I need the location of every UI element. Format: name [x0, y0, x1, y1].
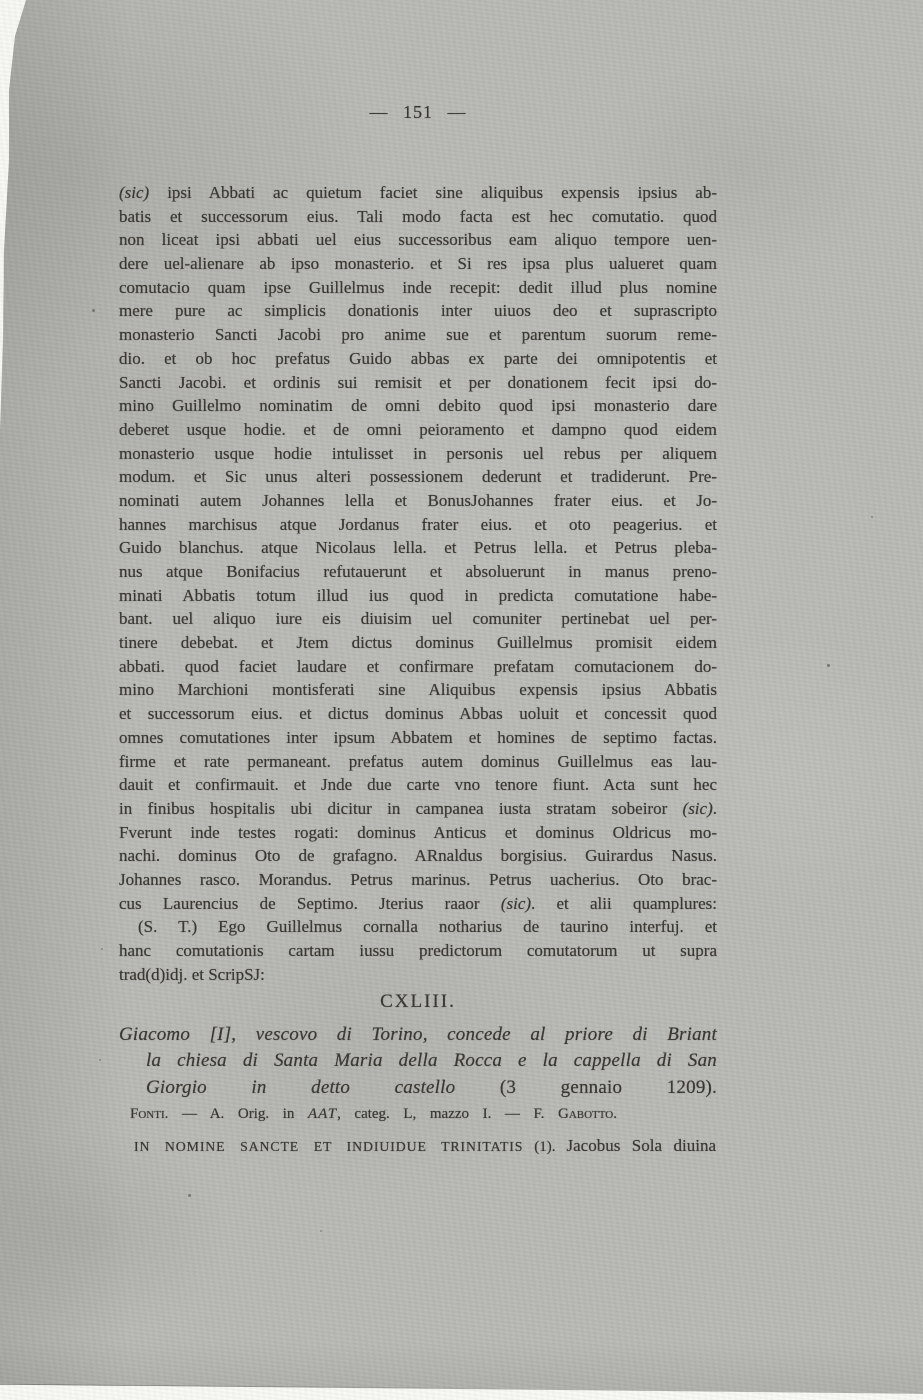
section-heading: CXLIII. [119, 991, 717, 1013]
fonti-period: . [613, 1106, 617, 1122]
body-text-line: nominati autem Johannes lella et BonusJo… [119, 489, 717, 513]
body-text-line: (sic) ipsi Abbati ac quietum faciet sine… [119, 181, 717, 205]
ink-speck [871, 516, 873, 518]
body-text-line: deberet usque hodie. et de omni peiorame… [119, 418, 717, 442]
fonti-text-2: , categ. L, mazzo I. — F. [337, 1106, 558, 1122]
body-text-line: non liceat ipsi abbati uel eius successo… [119, 228, 717, 252]
summary-text-line: Giorgio in detto castello (3 gennaio 120… [119, 1075, 717, 1101]
charter-body-text: (sic) ipsi Abbati ac quietum faciet sine… [119, 181, 717, 986]
page-number: — 151 — [119, 102, 717, 123]
body-text-line: trad(d)idj. et ScripSJ: [119, 963, 717, 987]
body-text-line: firme et rate permaneant. prefatus autem… [119, 750, 717, 774]
body-text-line: cus Laurencius de Septimo. Jterius raaor… [119, 892, 717, 916]
sources-line: Fonti. — A. Orig. in AAT, categ. L, mazz… [130, 1106, 617, 1123]
body-text-line: nus atque Bonifacius refutauerunt et abs… [119, 560, 717, 584]
footnote-reference: (1). [523, 1139, 566, 1155]
editor-name: Gabotto [558, 1106, 613, 1122]
fonti-label: Fonti. [130, 1106, 168, 1122]
body-text-line: nachi. dominus Oto de grafagno. ARnaldus… [119, 844, 717, 868]
ink-speck [101, 948, 103, 950]
body-text-line: Guido blanchus. atque Nicolaus lella. et… [119, 536, 717, 560]
body-text-line: mino Guillelmo nominatim de omni debito … [119, 394, 717, 418]
body-text-line: et successorum eius. et dictus dominus A… [119, 702, 717, 726]
paper: — 151 — (sic) ipsi Abbati ac quietum fac… [0, 0, 923, 1400]
body-text-line: comutacio quam ipse Guillelmus inde rece… [119, 276, 717, 300]
body-text-line: bant. uel aliquo iure eis diuisim uel co… [119, 607, 717, 631]
body-text-line: (S. T.) Ego Guillelmus cornalla nothariu… [119, 915, 717, 939]
body-text-line: mino Marchioni montisferati sine Aliquib… [119, 678, 717, 702]
body-text-line: dio. et ob hoc prefatus Guido abbas ex p… [119, 347, 717, 371]
document-summary-italic: Giacomo [I], vescovo di Torino, concede … [119, 1022, 717, 1101]
body-text-line: omnes comutationes inter ipsum Abbatem e… [119, 726, 717, 750]
ink-speck [99, 1059, 101, 1061]
body-text-line: monasterio Sancti Jacobi pro anime sue e… [119, 323, 717, 347]
body-text-line: Fverunt inde testes rogati: dominus Anti… [119, 821, 717, 845]
body-text-line: mere pure ac simplicis donationis inter … [119, 299, 717, 323]
body-text-line: in finibus hospitalis ubi dicitur in cam… [119, 797, 717, 821]
ink-speck [827, 664, 830, 667]
body-text-line: monasterio usque hodie intulisset in per… [119, 442, 717, 466]
archive-abbreviation: AAT [308, 1106, 337, 1122]
body-text-line: Sancti Jacobi. et ordinis sui remisit et… [119, 371, 717, 395]
body-text-line: Johannes rasco. Morandus. Petrus marinus… [119, 868, 717, 892]
scanned-book-page: — 151 — (sic) ipsi Abbati ac quietum fac… [0, 0, 923, 1400]
ink-speck [188, 1194, 191, 1197]
body-text-line: hanc comutationis cartam iussu predictor… [119, 939, 717, 963]
summary-text-line: la chiesa di Santa Maria della Rocca e l… [119, 1048, 717, 1074]
scan-bottom-margin [0, 1378, 923, 1400]
incipit-capitals: IN NOMINE SANCTE ET INDIUIDUE TRINITATIS [134, 1139, 523, 1154]
body-text-line: batis et successorum eius. Tali modo fac… [119, 205, 717, 229]
fonti-text-1: — A. Orig. in [168, 1106, 308, 1122]
body-text-line: abbati. quod faciet laudare et confirmar… [119, 655, 717, 679]
body-text-line: hannes marchisus atque Jordanus frater e… [119, 513, 717, 537]
incipit-continuation: Jacobus Sola diuina [567, 1136, 716, 1155]
summary-text-line: Giacomo [I], vescovo di Torino, concede … [119, 1022, 717, 1048]
ink-speck [320, 1230, 322, 1232]
body-text-line: minati Abbatis totum illud ius quod in p… [119, 584, 717, 608]
body-text-line: modum. et Sic unus alteri possessionem d… [119, 465, 717, 489]
torn-page-edge [0, 0, 36, 470]
body-text-line: dere uel-alienare ab ipso monasterio. et… [119, 252, 717, 276]
ink-speck [92, 309, 95, 312]
body-text-line: tinere debebat. et Jtem dictus dominus G… [119, 631, 717, 655]
body-text-line: dauit et confirmauit. et Jnde due carte … [119, 773, 717, 797]
charter-incipit-line: IN NOMINE SANCTE ET INDIUIDUE TRINITATIS… [134, 1136, 716, 1156]
